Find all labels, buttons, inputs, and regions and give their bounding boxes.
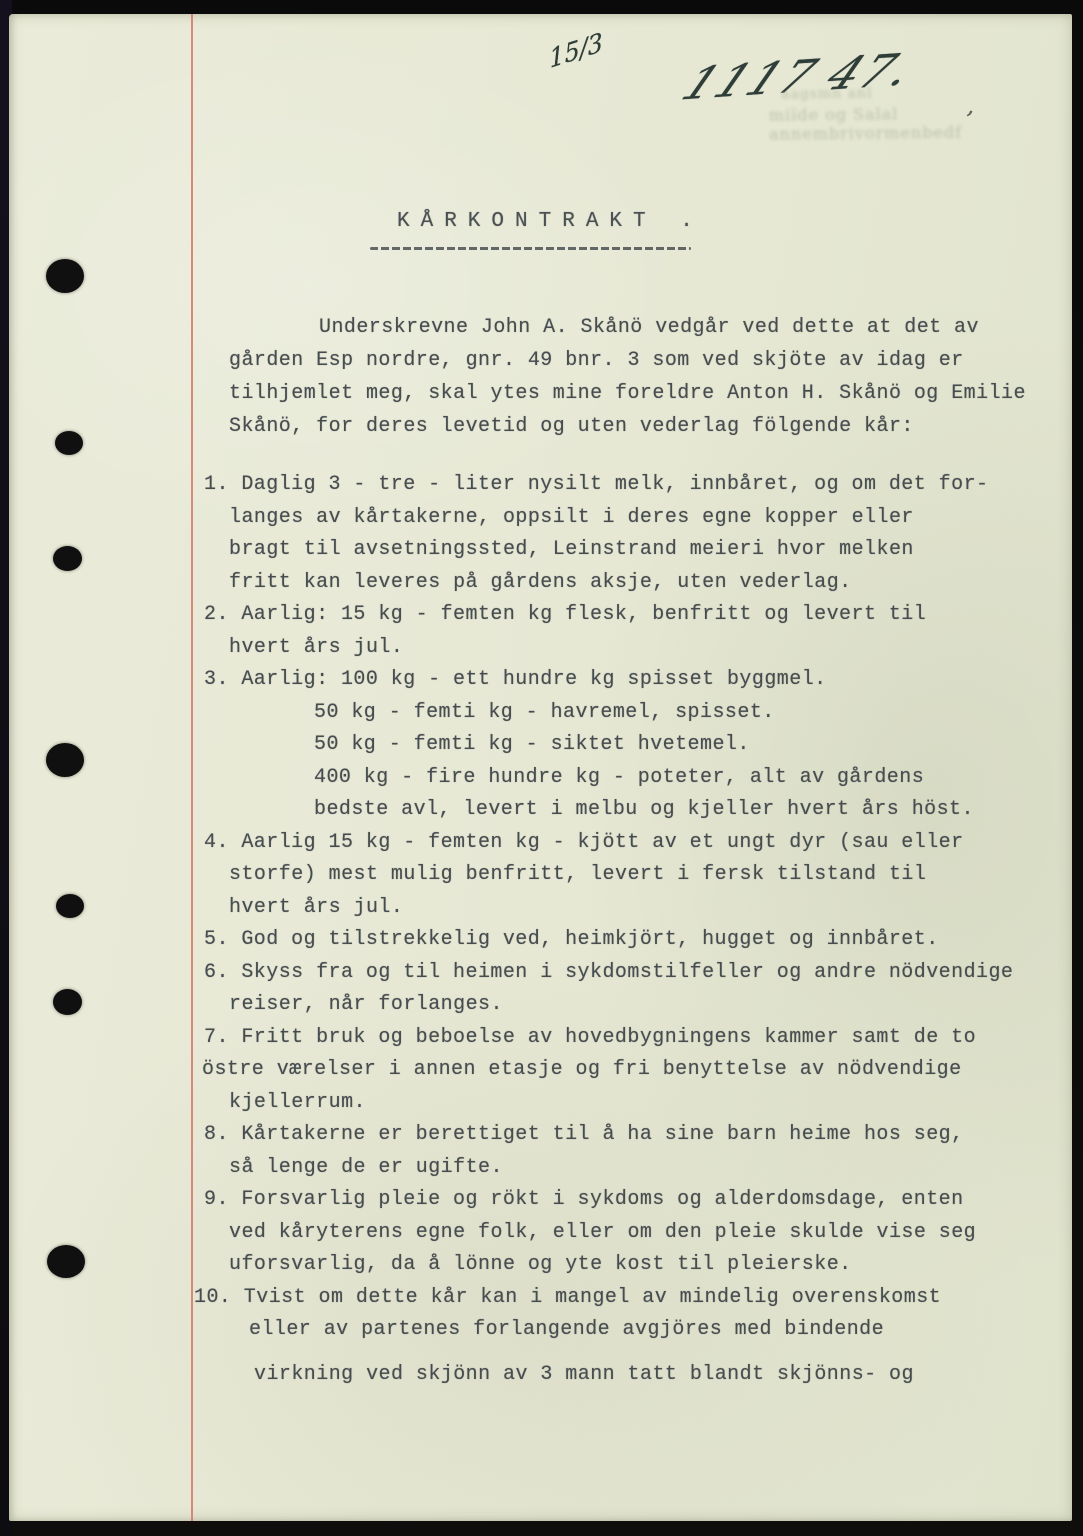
stamp-bleedthrough: aagsmn anl <box>781 86 873 103</box>
clause-line: 1. Daglig 3 - tre - liter nysilt melk, i… <box>192 469 1074 502</box>
contract-body: Underskrevne John A. Skånö vedgår ved de… <box>192 311 1074 1391</box>
clause-line: bragt til avsetningssted, Leinstrand mei… <box>192 534 1074 567</box>
title-underline <box>370 247 691 250</box>
clause-line: 8. Kårtakerne er berettiget til å ha sin… <box>192 1119 1074 1152</box>
punch-hole <box>55 431 83 455</box>
clause-line: 400 kg - fire hundre kg - poteter, alt a… <box>192 762 1074 795</box>
clause-line: langes av kårtakerne, oppsilt i deres eg… <box>192 502 1074 535</box>
punch-hole <box>56 894 84 918</box>
clause-line: kjellerrum. <box>192 1087 1074 1120</box>
clause-line: 10. Tvist om dette kår kan i mangel av m… <box>192 1282 1074 1315</box>
clause-line: storfe) mest mulig benfritt, levert i fe… <box>192 859 1074 892</box>
intro-line: Underskrevne John A. Skånö vedgår ved de… <box>192 311 1074 344</box>
closing-line: virkning ved skjönn av 3 mann tatt bland… <box>192 1359 1074 1392</box>
clause-line: så lenge de er ugifte. <box>192 1152 1074 1185</box>
clause-line: uforsvarlig, da å lönne og yte kost til … <box>192 1249 1074 1282</box>
stamp-bleedthrough: miïde og Salal annembrivormenbedf <box>769 102 1072 143</box>
contract-title: KÅRKONTRAKT . <box>397 210 704 233</box>
clause-line: 5. God og tilstrekkelig ved, heimkjört, … <box>192 924 1074 957</box>
clause-line: eller av partenes forlangende avgjöres m… <box>192 1314 1074 1347</box>
intro-line: gården Esp nordre, gnr. 49 bnr. 3 som ve… <box>192 344 1074 377</box>
clause-line: bedste avl, levert i melbu og kjeller hv… <box>192 794 1074 827</box>
clause-line: 4. Aarlig 15 kg - femten kg - kjött av e… <box>192 827 1074 860</box>
document-paper: 15/3 1117 47. aagsmn anl miïde og Salal … <box>9 14 1072 1521</box>
clause-line: ved kåryterens egne folk, eller om den p… <box>192 1217 1074 1250</box>
intro-line: tilhjemlet meg, skal ytes mine foreldre … <box>192 377 1074 410</box>
clause-line: fritt kan leveres på gårdens aksje, uten… <box>192 567 1074 600</box>
clause-line: 6. Skyss fra og til heimen i sykdomstilf… <box>192 957 1074 990</box>
clause-line: 3. Aarlig: 100 kg - ett hundre kg spisse… <box>192 664 1074 697</box>
punch-hole <box>46 259 84 293</box>
clause-line: 2. Aarlig: 15 kg - femten kg flesk, benf… <box>192 599 1074 632</box>
scanned-archive-page: { "header": { "date_note": "15/3", "jour… <box>0 0 1083 1536</box>
punch-hole <box>46 743 84 777</box>
punch-hole <box>53 546 82 571</box>
clause-line: 50 kg - femti kg - siktet hvetemel. <box>192 729 1074 762</box>
clause-line: reiser, når forlanges. <box>192 989 1074 1022</box>
punch-hole <box>47 1245 85 1278</box>
intro-paragraph: Underskrevne John A. Skånö vedgår ved de… <box>192 311 1074 443</box>
clause-line: hvert års jul. <box>192 632 1074 665</box>
clause-line: hvert års jul. <box>192 892 1074 925</box>
clause-list: 1. Daglig 3 - tre - liter nysilt melk, i… <box>192 469 1074 1391</box>
clause-line: 50 kg - femti kg - havremel, spisset. <box>192 697 1074 730</box>
clause-line: 9. Forsvarlig pleie og rökt i sykdoms og… <box>192 1184 1074 1217</box>
clause-line: östre værelser i annen etasje og fri ben… <box>192 1054 1074 1087</box>
handwritten-date: 15/3 <box>548 27 603 74</box>
punch-hole <box>53 989 82 1015</box>
clause-line: 7. Fritt bruk og beboelse av hovedbygnin… <box>192 1022 1074 1055</box>
intro-line: Skånö, for deres levetid og uten vederla… <box>192 410 1074 443</box>
